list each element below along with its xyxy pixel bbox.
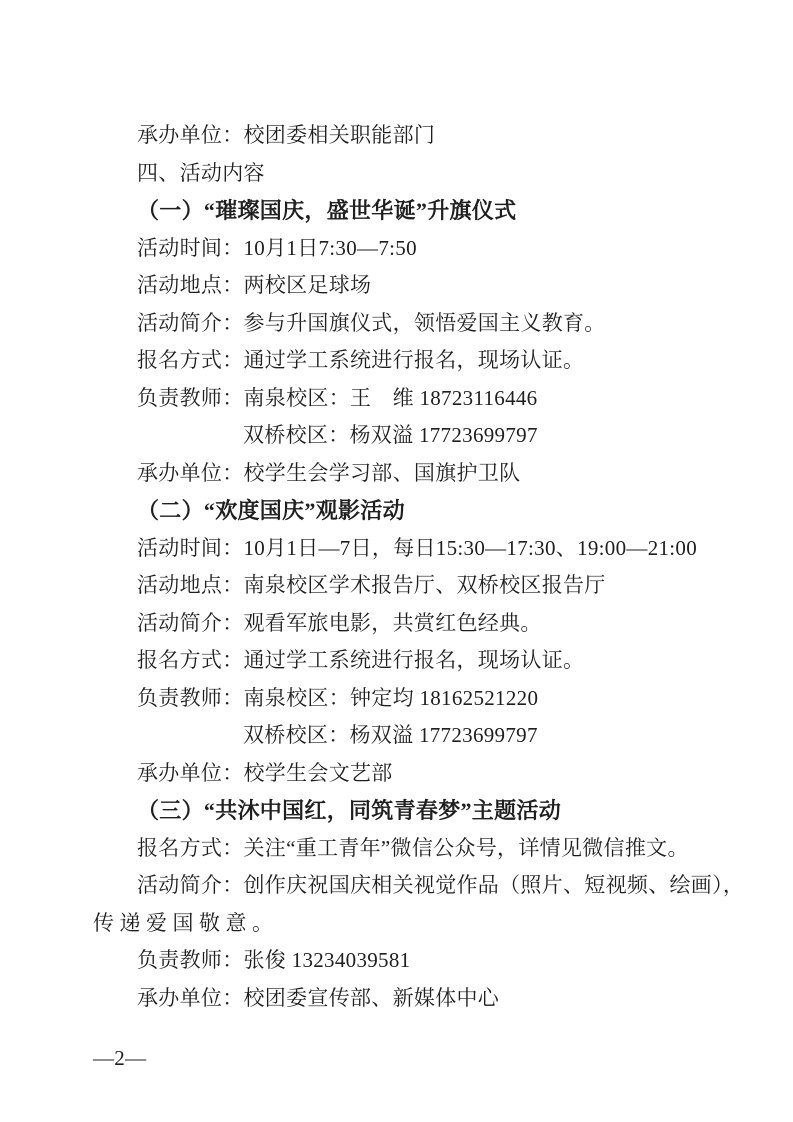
activity-3-intro: 活动简介：创作庆祝国庆相关视觉作品（照片、短视频、绘画）， xyxy=(93,867,748,905)
organizer-line: 承办单位：校团委相关职能部门 xyxy=(93,117,748,155)
activity-1-signup: 报名方式：通过学工系统进行报名，现场认证。 xyxy=(93,342,748,380)
activity-3-organizer: 承办单位：校团委宣传部、新媒体中心 xyxy=(93,980,748,1018)
activity-2-signup: 报名方式：通过学工系统进行报名，现场认证。 xyxy=(93,642,748,680)
activity-3-title: （三）“共沐中国红，同筑青春梦”主题活动 xyxy=(93,792,748,830)
activity-2-title: （二）“欢度国庆”观影活动 xyxy=(93,492,748,530)
activity-3-signup: 报名方式：关注“重工青年”微信公众号，详情见微信推文。 xyxy=(93,830,748,868)
activity-1-location: 活动地点：两校区足球场 xyxy=(93,267,748,305)
activity-2-teacher-nanquan: 负责教师：南泉校区：钟定均 18162521220 xyxy=(93,680,748,718)
activity-2-location: 活动地点：南泉校区学术报告厅、双桥校区报告厅 xyxy=(93,567,748,605)
activity-2-intro: 活动简介：观看军旅电影，共赏红色经典。 xyxy=(93,605,748,643)
document-body: 承办单位：校团委相关职能部门 四、活动内容 （一）“璀璨国庆，盛世华诞”升旗仪式… xyxy=(93,117,748,1017)
activity-1-time: 活动时间：10月1日7:30—7:50 xyxy=(93,230,748,268)
activity-1-teacher-nanquan: 负责教师：南泉校区：王 维 18723116446 xyxy=(93,380,748,418)
activity-1-teacher-shuangqiao: 双桥校区：杨双溢 17723699797 xyxy=(93,417,748,455)
activity-3-teacher: 负责教师：张俊 13234039581 xyxy=(93,942,748,980)
activity-2-time: 活动时间：10月1日—7日，每日15:30—17:30、19:00—21:00 xyxy=(93,530,748,568)
activity-1-title: （一）“璀璨国庆，盛世华诞”升旗仪式 xyxy=(93,192,748,230)
section-heading-activity-content: 四、活动内容 xyxy=(93,155,748,193)
activity-1-organizer: 承办单位：校学生会学习部、国旗护卫队 xyxy=(93,455,748,493)
document-page: 承办单位：校团委相关职能部门 四、活动内容 （一）“璀璨国庆，盛世华诞”升旗仪式… xyxy=(0,0,793,1122)
activity-3-intro-continuation: 传递爱国敬意。 xyxy=(93,905,748,943)
page-number: —2— xyxy=(93,1040,146,1078)
activity-2-organizer: 承办单位：校学生会文艺部 xyxy=(93,755,748,793)
activity-1-intro: 活动简介：参与升国旗仪式，领悟爱国主义教育。 xyxy=(93,305,748,343)
activity-2-teacher-shuangqiao: 双桥校区：杨双溢 17723699797 xyxy=(93,717,748,755)
